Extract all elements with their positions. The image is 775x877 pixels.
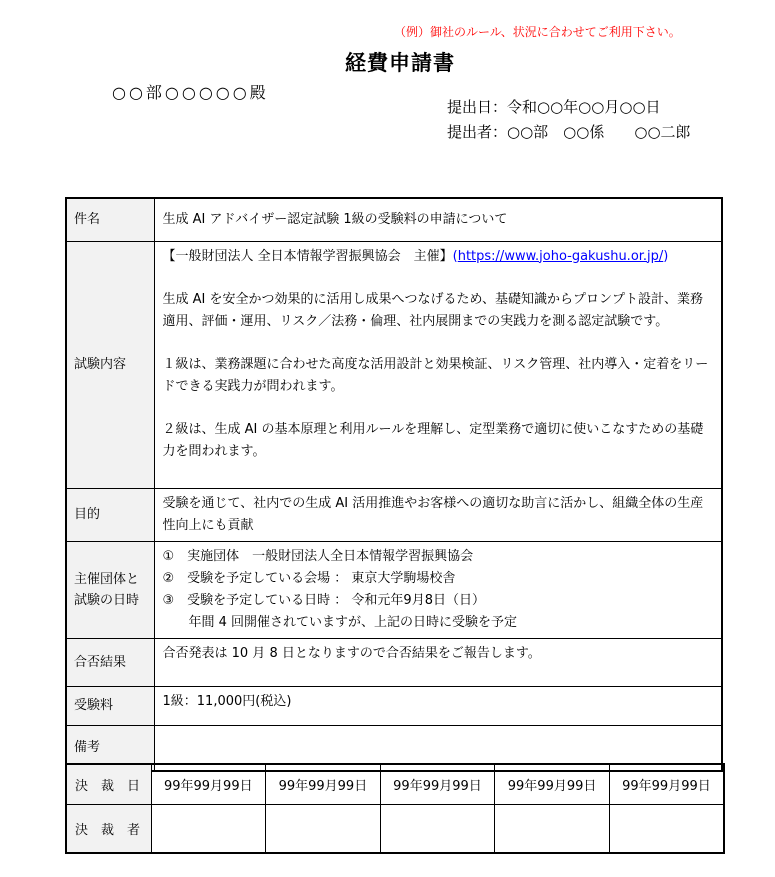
fee-value: 1級：11,000円(税込) — [154, 686, 722, 725]
exam-grade2-paragraph: ２級は、生成 AI の基本原理と利用ルールを理解し、定型業務で適切に使いこなすた… — [163, 419, 714, 463]
result-label: 合否結果 — [66, 638, 154, 686]
approval-date-cell: 99年99月99日 — [609, 764, 724, 804]
fee-label: 受験料 — [66, 686, 154, 725]
approver-cell — [151, 804, 266, 853]
table-row: 件名 生成 AI アドバイザー認定試験 1級の受験料の申請について — [66, 198, 722, 241]
purpose-label: 目的 — [66, 488, 154, 541]
approver-cell — [266, 804, 381, 853]
exam-content-value: 【一般財団法人 全日本情報学習振興協会 主催】(https://www.joho… — [154, 241, 722, 488]
table-row: 試験内容 【一般財団法人 全日本情報学習振興協会 主催】(https://www… — [66, 241, 722, 488]
recipient-line: ○○部○○○○○殿 — [112, 80, 269, 103]
approval-date-cell: 99年99月99日 — [151, 764, 266, 804]
exam-host-text: 【一般財団法人 全日本情報学習振興協会 主催】 — [163, 249, 453, 264]
approver-cell — [495, 804, 610, 853]
table-row: 受験料 1級：11,000円(税込) — [66, 686, 722, 725]
approval-date-cell: 99年99月99日 — [380, 764, 495, 804]
result-value: 合否発表は 10 月 8 日となりますので合否結果をご報告します。 — [154, 638, 722, 686]
table-row: 合否結果 合否発表は 10 月 8 日となりますので合否結果をご報告します。 — [66, 638, 722, 686]
purpose-value: 受験を通じて、社内での生成 AI 活用推進やお客様への適切な助言に活かし、組織全… — [154, 488, 722, 541]
organizer-line-3: ③ 受験を予定している日時 ： 令和元年9月8日（日） — [163, 590, 714, 612]
expense-application-table: 件名 生成 AI アドバイザー認定試験 1級の受験料の申請について 試験内容 【… — [65, 197, 723, 772]
organizer-value: ① 実施団体 一般財団法人全日本情報学習振興協会 ② 受験を予定している会場 ：… — [154, 541, 722, 638]
table-row: 主催団体と試験の日時 ① 実施団体 一般財団法人全日本情報学習振興協会 ② 受験… — [66, 541, 722, 638]
subject-label: 件名 — [66, 198, 154, 241]
approver-cell — [609, 804, 724, 853]
table-row: 目的 受験を通じて、社内での生成 AI 活用推進やお客様への適切な助言に活かし、… — [66, 488, 722, 541]
subject-value: 生成 AI アドバイザー認定試験 1級の受験料の申請について — [154, 198, 722, 241]
exam-description-paragraph: 生成 AI を安全かつ効果的に活用し成果へつなげるため、基礎知識からプロンプト設… — [163, 289, 714, 333]
organizer-label: 主催団体と試験の日時 — [66, 541, 154, 638]
organizer-line-4: 年間 4 回開催されていますが、上記の日時に受験を予定 — [163, 612, 714, 634]
submission-block: 提出日：令和○○年○○月○○日 提出者：○○部 ○○係 ○○二郎 — [447, 95, 691, 145]
submission-date-line: 提出日：令和○○年○○月○○日 — [447, 95, 691, 120]
approver-cell — [380, 804, 495, 853]
approval-date-cell: 99年99月99日 — [495, 764, 610, 804]
approval-approver-row: 決 裁 者 — [66, 804, 724, 853]
page-title: 経費申請書 — [345, 47, 455, 77]
exam-url-link[interactable]: https://www.joho-gakushu.or.jp/ — [458, 249, 664, 264]
link-close-paren: ) — [663, 249, 668, 264]
example-usage-note: （例）御社のルール、状況に合わせてご利用下さい。 — [394, 23, 681, 40]
organizer-line-1: ① 実施団体 一般財団法人全日本情報学習振興協会 — [163, 546, 714, 568]
approver-label: 決 裁 者 — [66, 804, 151, 853]
approval-date-row: 決 裁 日 99年99月99日 99年99月99日 99年99月99日 99年9… — [66, 764, 724, 804]
approval-table: 決 裁 日 99年99月99日 99年99月99日 99年99月99日 99年9… — [65, 763, 725, 854]
submitter-line: 提出者：○○部 ○○係 ○○二郎 — [447, 120, 691, 145]
approval-date-label: 決 裁 日 — [66, 764, 151, 804]
approval-date-cell: 99年99月99日 — [266, 764, 381, 804]
exam-host-line: 【一般財団法人 全日本情報学習振興協会 主催】(https://www.joho… — [163, 246, 714, 268]
exam-content-label: 試験内容 — [66, 241, 154, 488]
organizer-line-2: ② 受験を予定している会場 ： 東京大学駒場校舎 — [163, 568, 714, 590]
exam-grade1-paragraph: １級は、業務課題に合わせた高度な活用設計と効果検証、リスク管理、社内導入・定着を… — [163, 354, 714, 398]
